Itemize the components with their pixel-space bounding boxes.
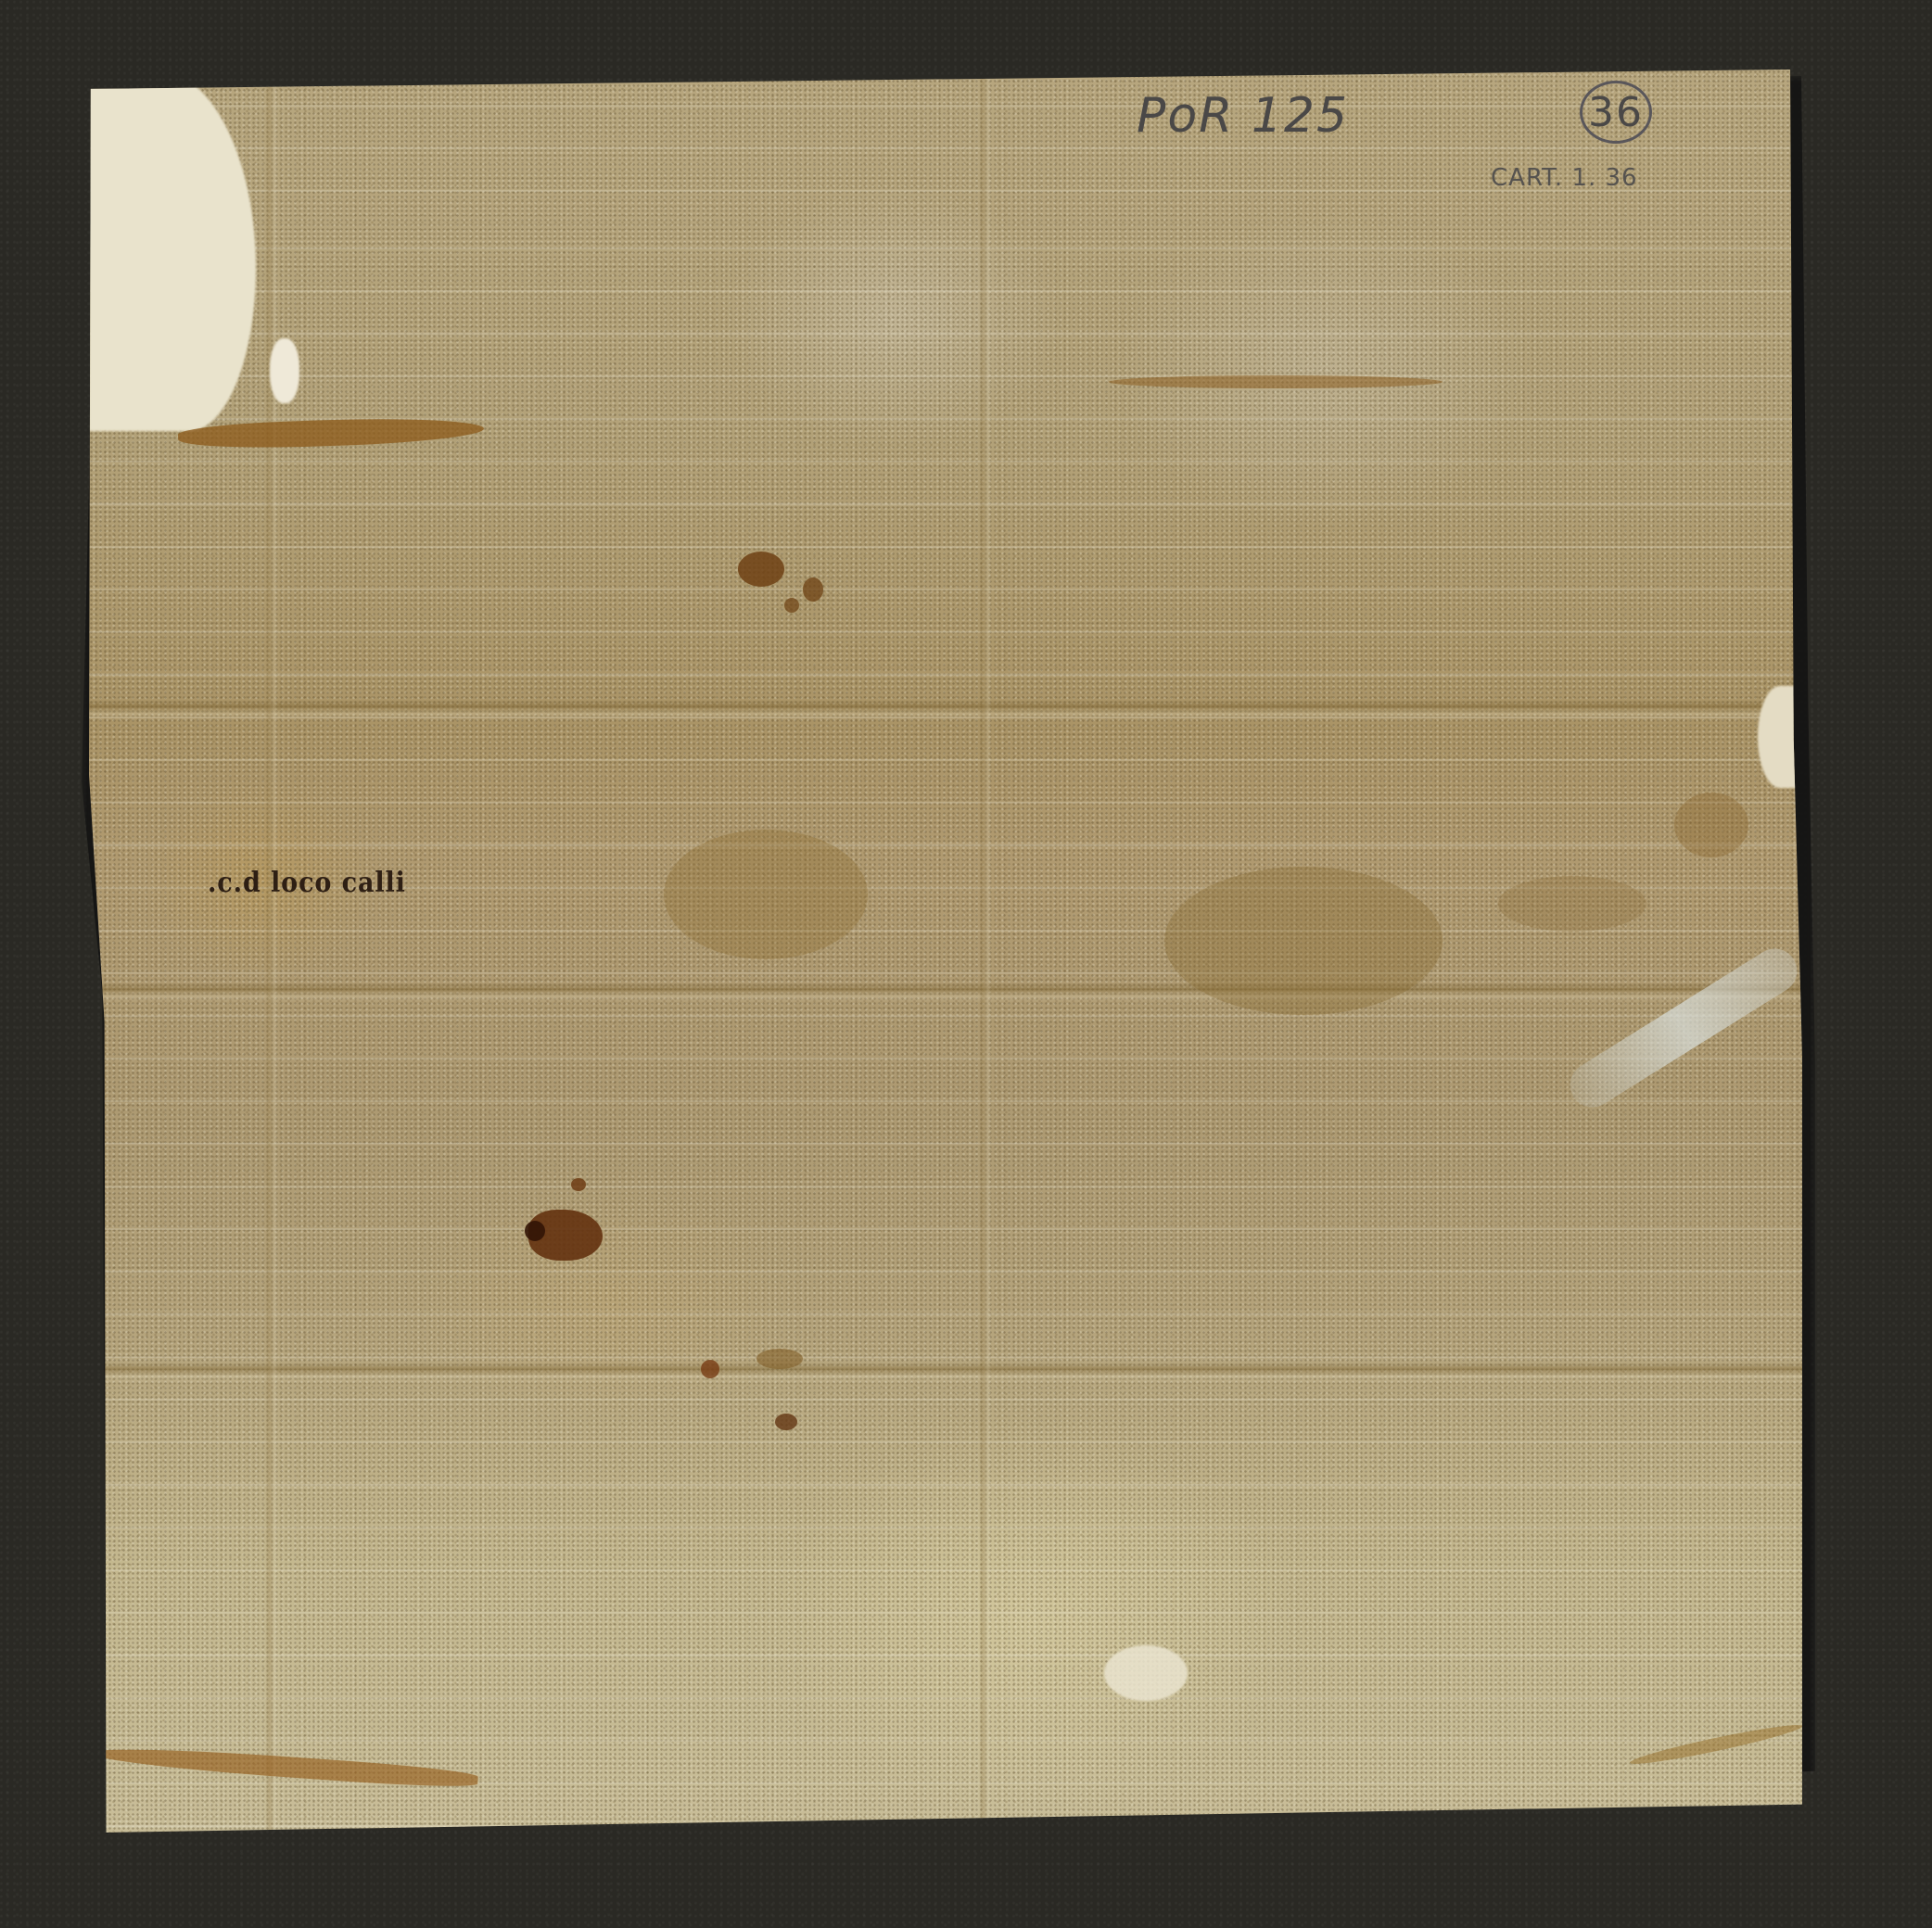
ink-stain [738, 552, 784, 587]
worn-bottom-patch [1104, 1645, 1188, 1701]
ink-stain [803, 577, 823, 602]
ink-stain [701, 1360, 719, 1378]
parchment-sheet: PoR 125 36 CART. 1. 36 .c.d loco calli [89, 70, 1802, 1833]
ink-stain [756, 1349, 803, 1369]
horizontal-fold [89, 700, 1802, 720]
water-stain [1164, 867, 1443, 1015]
folio-number: 36 [1588, 89, 1644, 136]
water-stain [1498, 876, 1646, 932]
ink-stain [525, 1221, 545, 1241]
carton-reference: CART. 1. 36 [1491, 164, 1638, 192]
horizontal-fold [89, 983, 1802, 1003]
vertical-fold [265, 70, 278, 1833]
ink-stain [1109, 375, 1443, 388]
folio-number-circle: 36 [1580, 81, 1652, 144]
horizontal-fold [89, 1363, 1802, 1383]
ink-stain [775, 1414, 797, 1430]
ink-stain [571, 1178, 586, 1191]
medieval-inscription: .c.d loco calli [208, 867, 406, 899]
water-stain [664, 830, 868, 959]
shelfmark-annotation: PoR 125 [1137, 88, 1349, 144]
ink-stain [784, 598, 799, 613]
ruled-lines [89, 70, 1802, 1833]
worn-hole [270, 338, 299, 403]
water-stain [1674, 793, 1748, 857]
vertical-fold [979, 70, 992, 1833]
